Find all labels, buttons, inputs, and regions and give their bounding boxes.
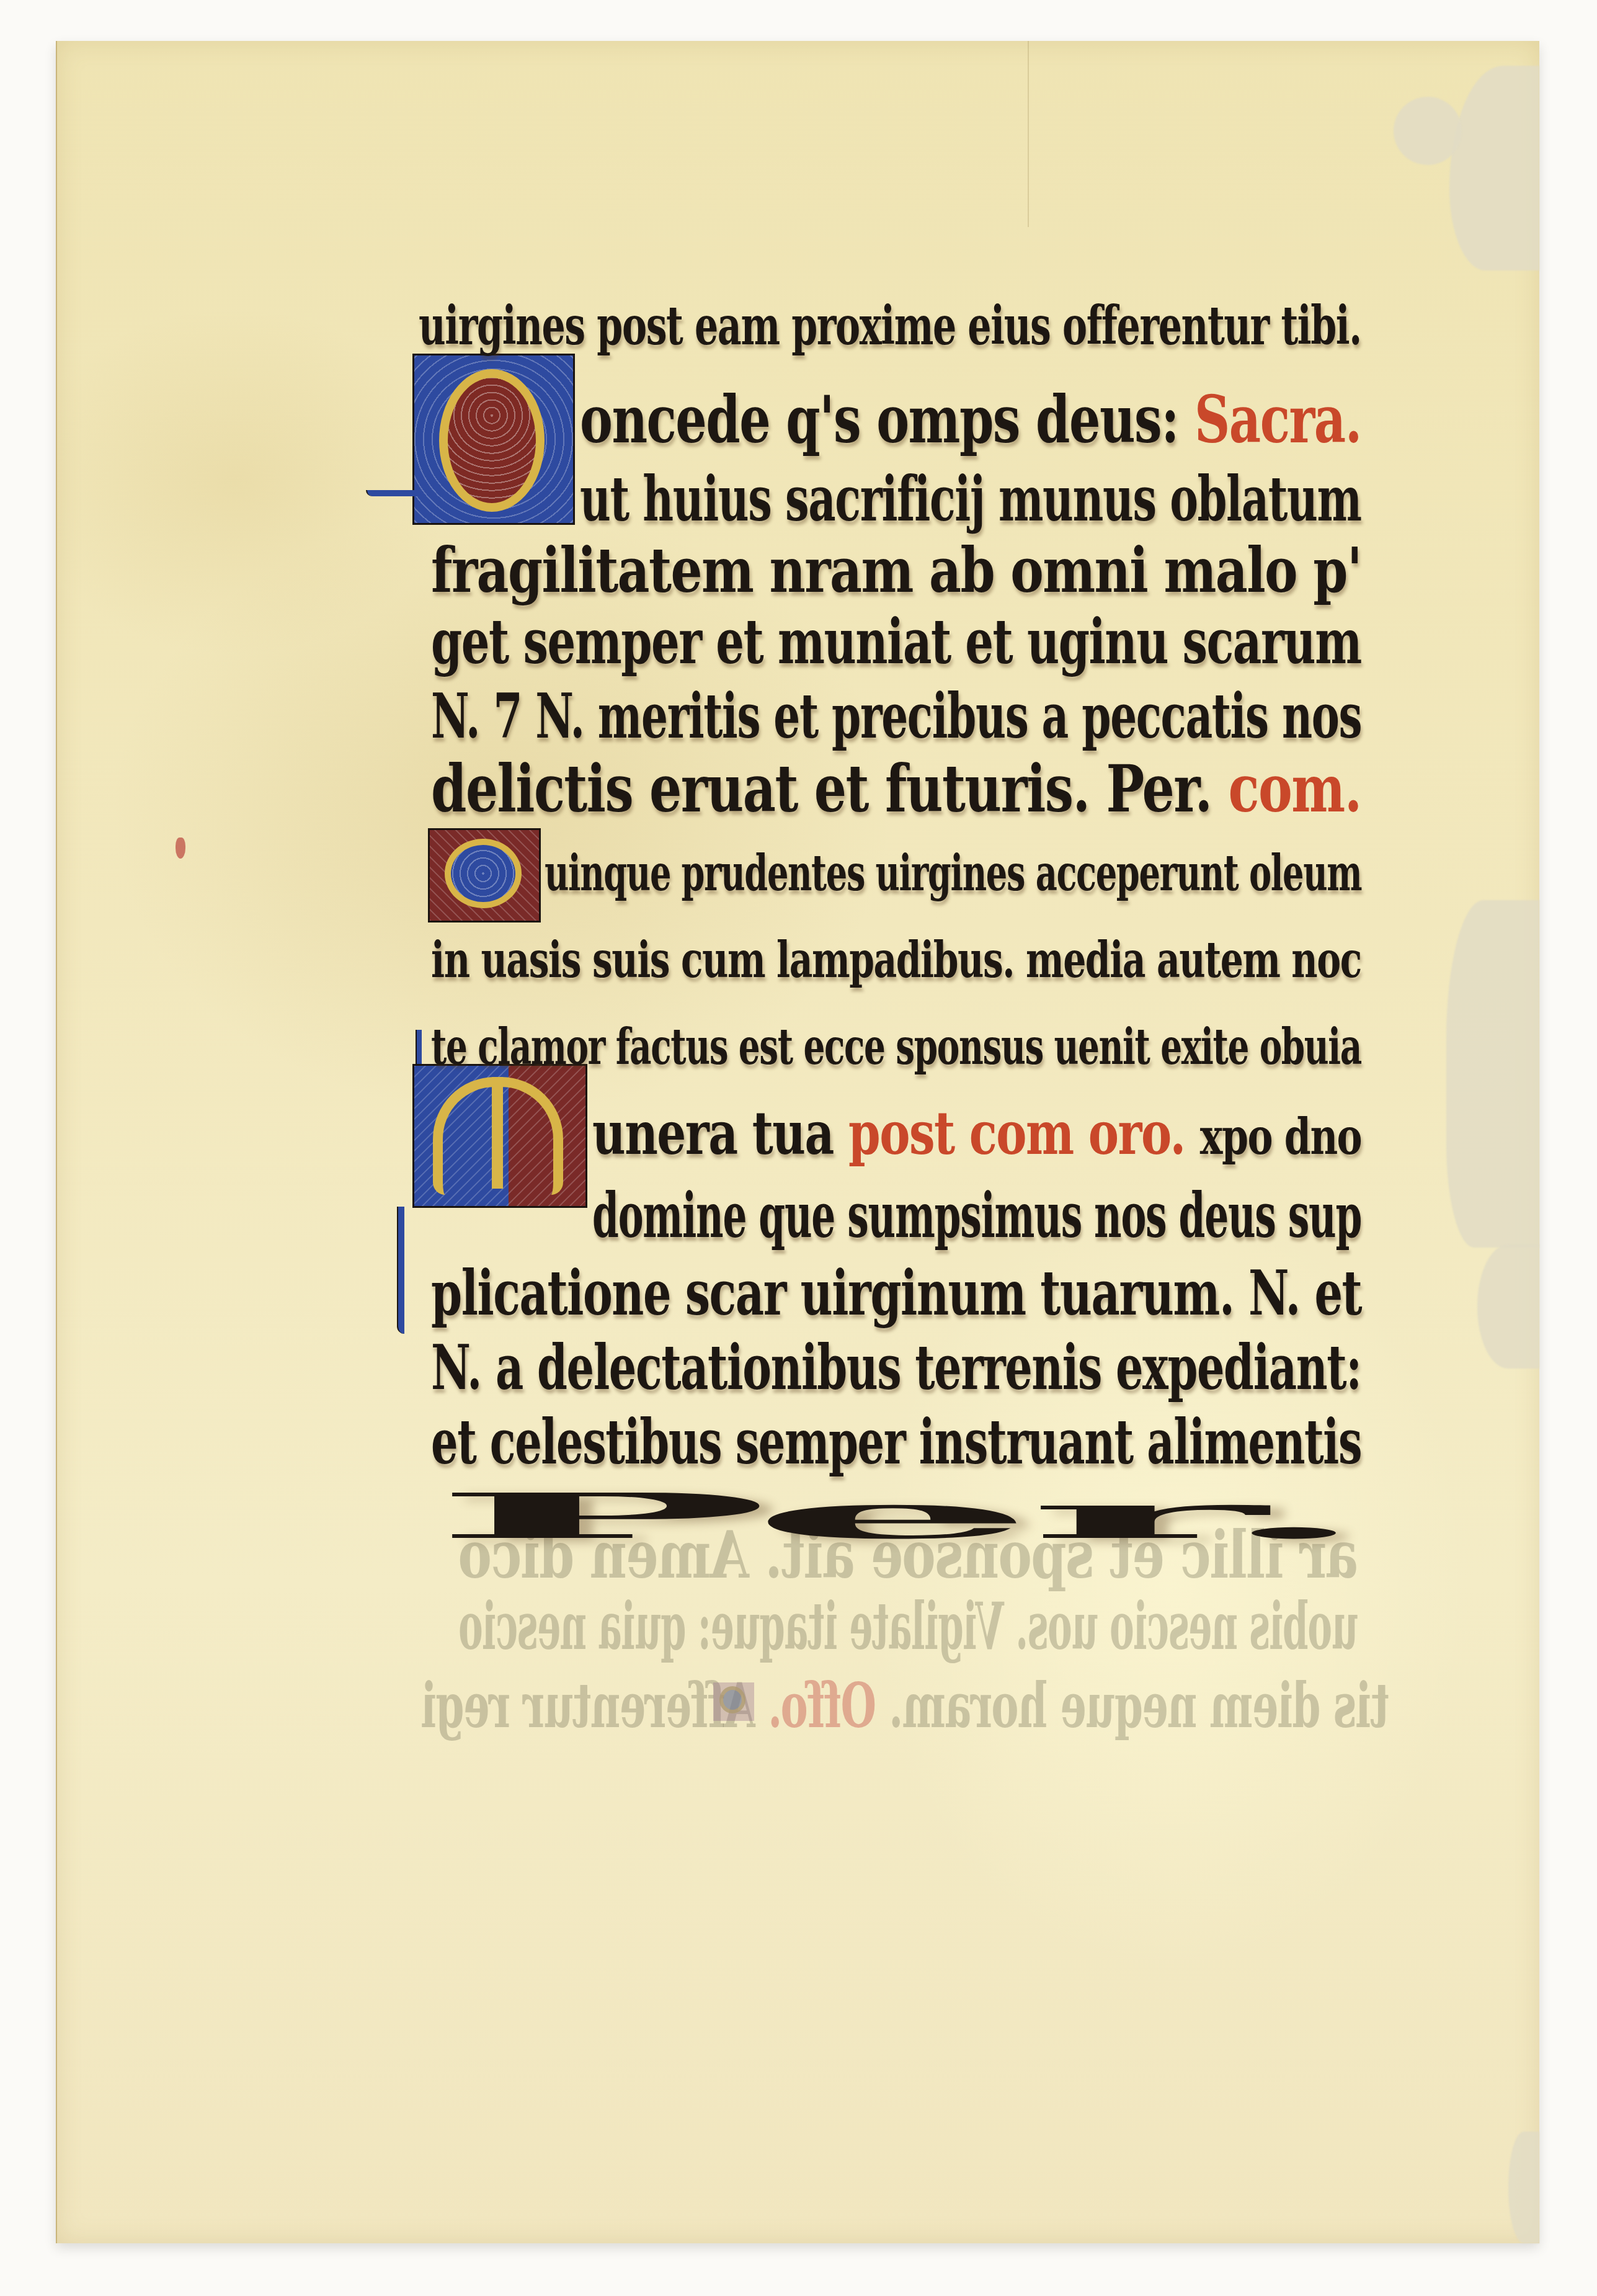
text-line: et celestibus semper instruant alimentis xyxy=(431,1405,1361,1478)
text-line: N. a delectationibus terrenis expediant: xyxy=(431,1331,1361,1404)
text-line: fragilitatem nram ab omni malo p' xyxy=(431,534,1361,607)
text-line: N. 7 N. meritis et precibus a peccatis n… xyxy=(431,679,1361,753)
text-block: uirgines post eam proxime eius offerentu… xyxy=(0,0,1597,2296)
text-line: te clamor factus est ecce sponsus uenit … xyxy=(431,1017,1361,1076)
text-line: get semper et muniat et uginu scarum xyxy=(431,605,1361,678)
rubric: Sacra. xyxy=(1194,382,1361,458)
text-line: oncede q's omps deus: Sacra. xyxy=(580,382,1361,458)
text-line: in uasis suis cum lampadibus. media aute… xyxy=(431,931,1361,989)
text-line: ut huius sacrificij munus oblatum xyxy=(580,462,1361,535)
rubric: com. xyxy=(1229,751,1361,827)
text-line: plicatione scar uirginum tuarum. N. et xyxy=(431,1256,1361,1329)
text-line: domine que sumpsimus nos deus sup xyxy=(592,1179,1361,1252)
rubric: post com oro. xyxy=(848,1098,1185,1168)
text-line: Per. xyxy=(431,1480,1363,1553)
text-line: delictis eruat et futuris. Per. com. xyxy=(431,751,1361,827)
text-line: unera tua post com oro. xpo dno xyxy=(592,1098,1361,1168)
text-line: uinque prudentes uirgines acceperunt ole… xyxy=(545,844,1361,902)
text-line: uirgines post eam proxime eius offerentu… xyxy=(419,295,1361,357)
